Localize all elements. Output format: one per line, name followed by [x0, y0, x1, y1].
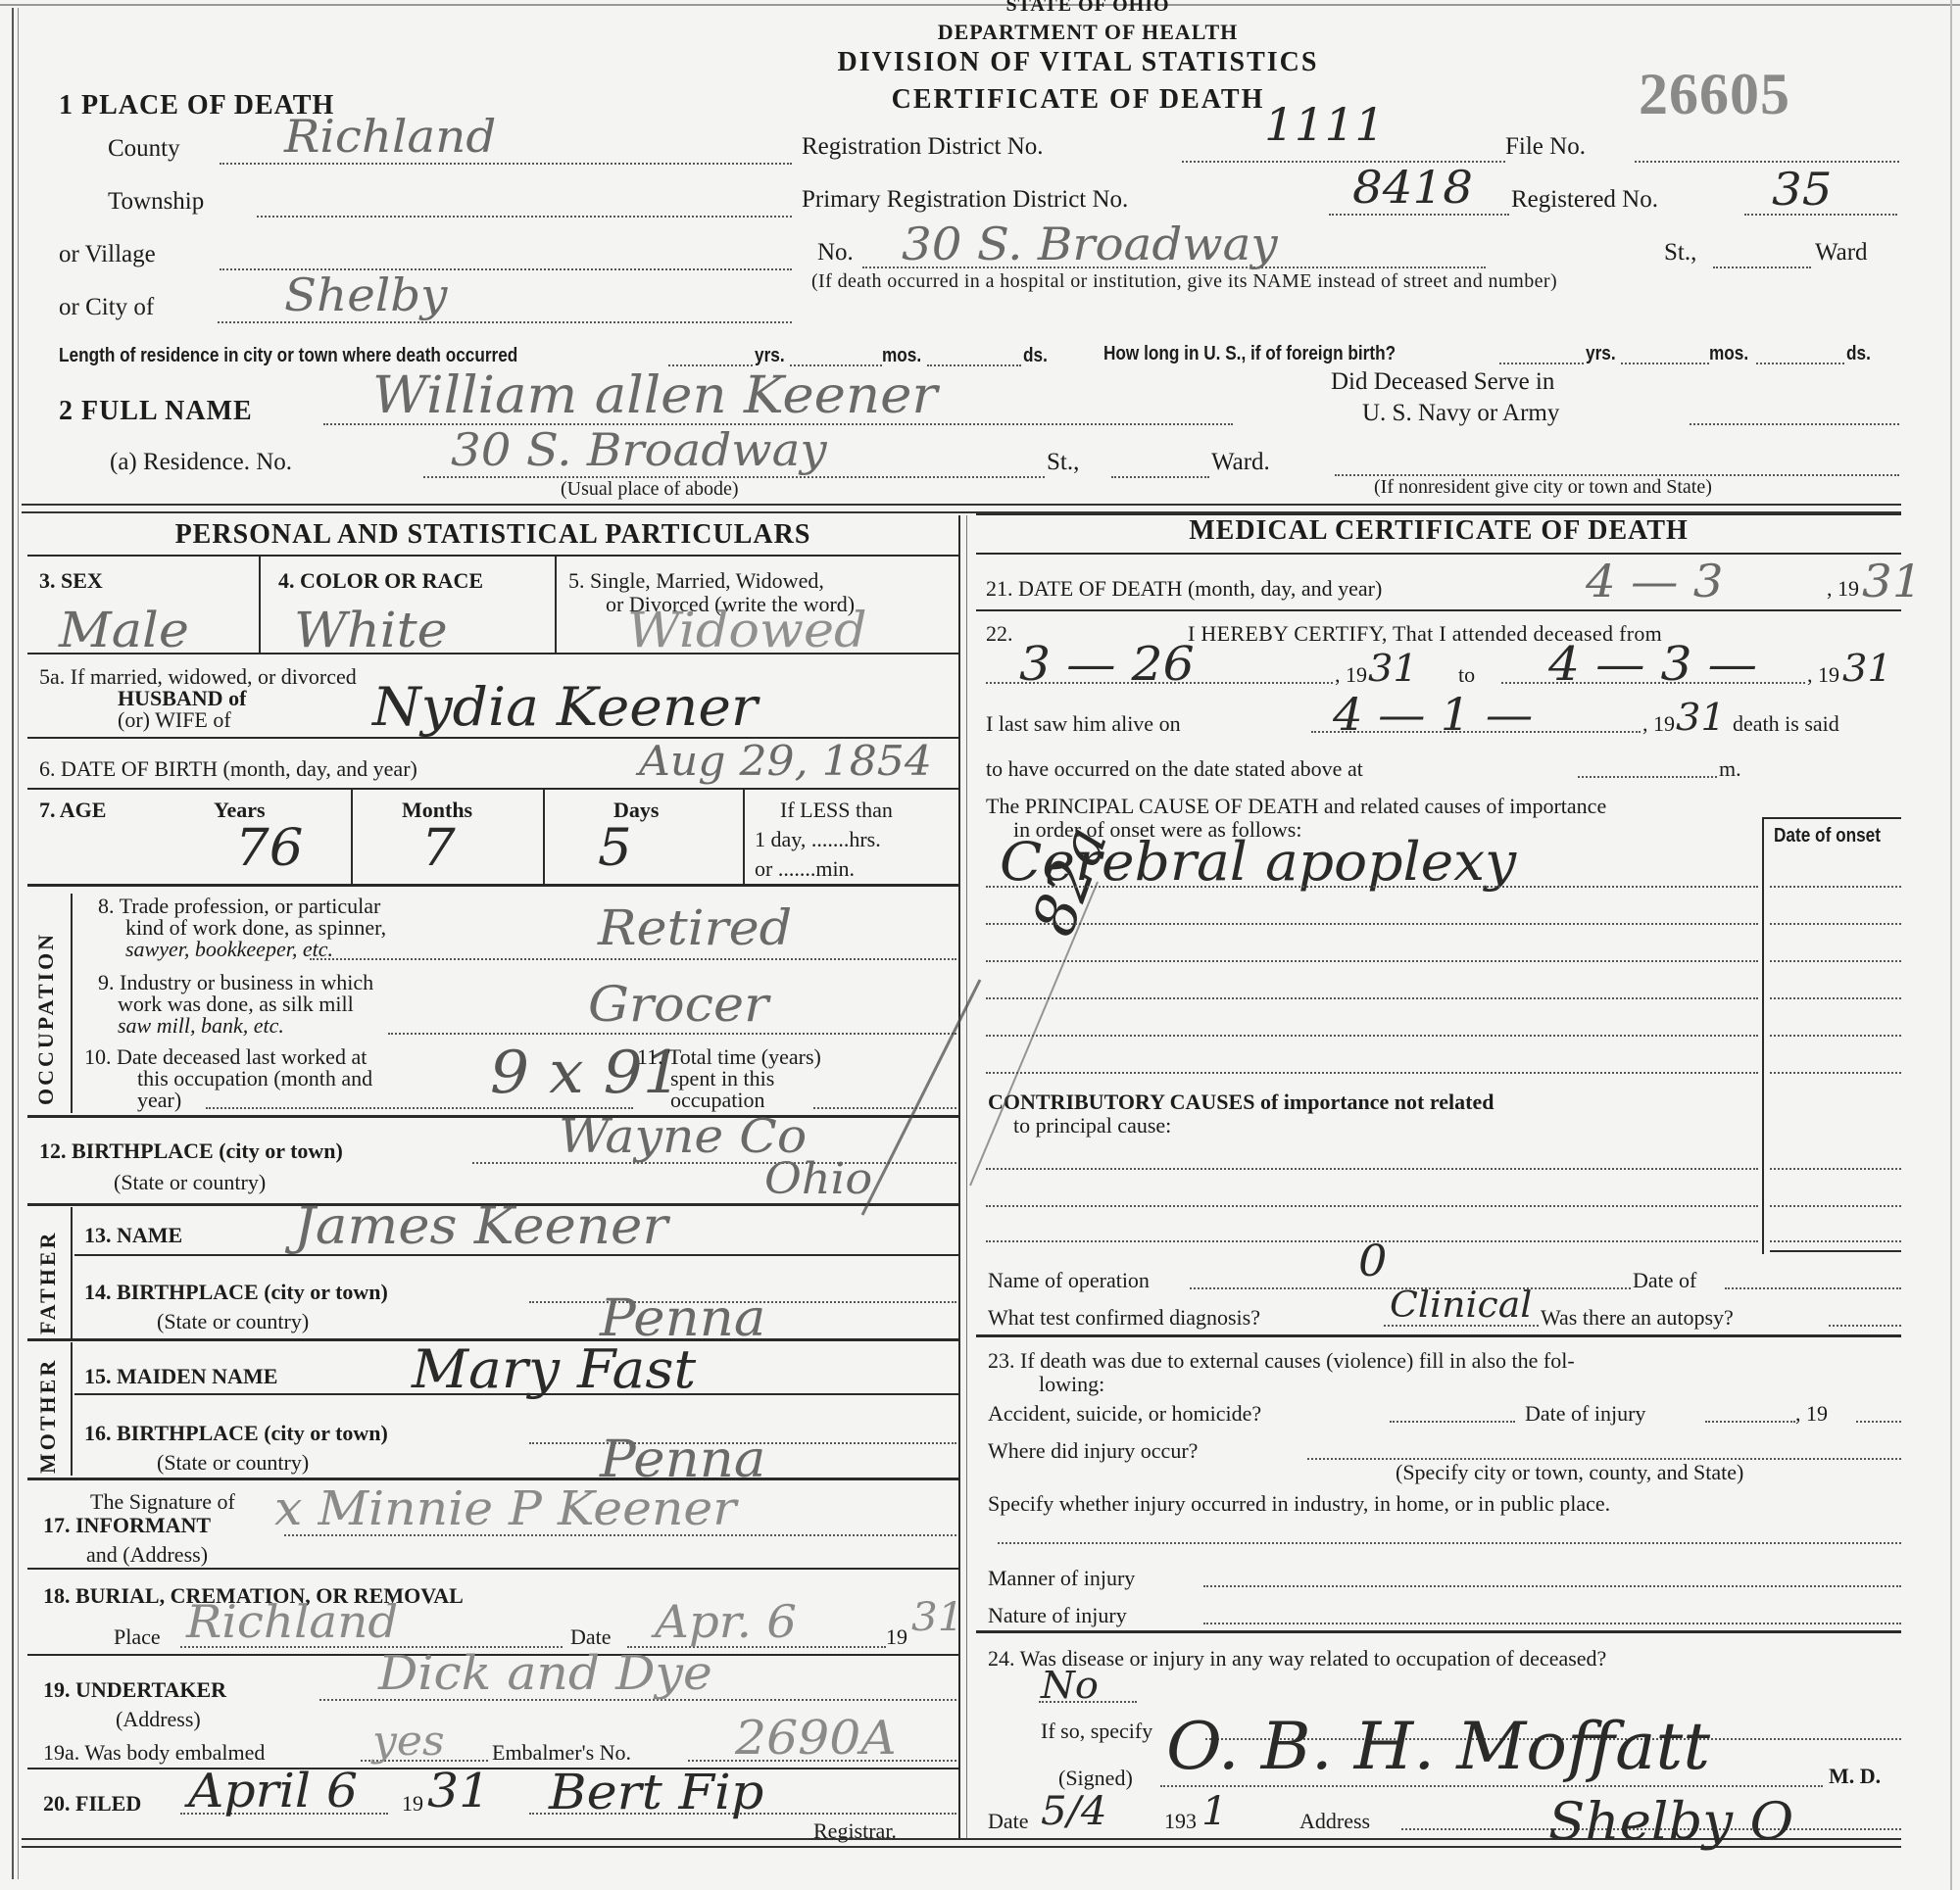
pen-strokes-overlay — [0, 0, 1960, 1890]
